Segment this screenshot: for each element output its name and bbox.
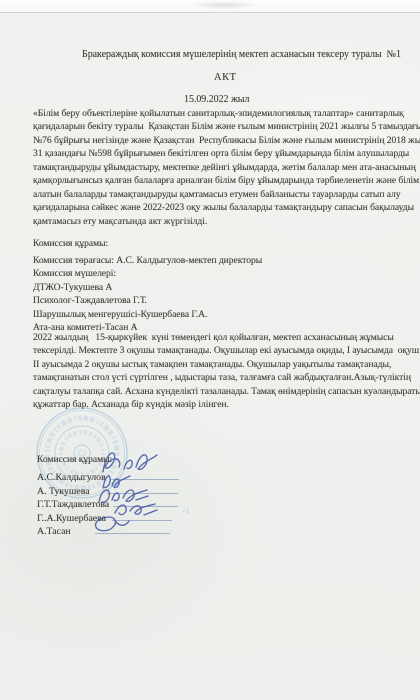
inspection-line: тексерілді. Мектепте 3 оқушы тамақтанады… (33, 344, 420, 357)
intro-line: қамқорлығынсыз қалған балаларға арналған… (33, 174, 420, 187)
signature-ink-5 (88, 513, 132, 535)
intro-paragraph: «Білім беру объектілеріне қойылатын сани… (33, 107, 420, 228)
intro-line: қамтамасыз ету мақсатында акт жүргізілді… (33, 215, 420, 228)
intro-line: қағидаларына сәйкес және 2022-2023 оқу ж… (33, 201, 420, 214)
commission-member-list: Комиссия төрағасы: А.С. Калдыгулов-мекте… (33, 254, 262, 335)
intro-line: «Білім беру объектілеріне қойылатын сани… (33, 107, 420, 120)
inspection-line: 2022 жылдың 15-қыркүйек күні төмендегі қ… (33, 331, 420, 344)
signer-name: А.Тасан (37, 526, 71, 537)
intro-line: алатын балаларды тамақтандыруды қамтамас… (33, 188, 420, 201)
scanned-document-page: Бракераждық комиссия мүшелерінің мектеп … (0, 0, 420, 700)
inspection-line: сақталуы талапқа сай. Асхана күнделікті … (33, 385, 420, 398)
scan-edge-band (0, 0, 420, 13)
signature-row: А. Тукушева (37, 481, 90, 495)
scan-speck: , ¡ (183, 506, 193, 514)
inspection-line: ІІ ауысымда 2 оқушы ыстық тамақпен тамақ… (33, 358, 420, 371)
signature-row: А.Тасан (37, 521, 71, 535)
intro-line: 31 қазандағы №598 бұйрығымен бекітілген … (33, 147, 420, 160)
commission-section-header: Комиссия құрамы: (33, 238, 108, 249)
inspection-line: тамақтанатын стол үсті сүртілген , ыдыст… (33, 371, 420, 384)
intro-line: тамақтандыруды ұйымдастыру, мектепке дей… (33, 161, 420, 174)
commission-line: ДТЖО-Тукушева А (33, 281, 262, 294)
intro-line: қағидаларын бекіту туралы Қазақстан Білі… (33, 120, 420, 133)
document-title: Бракераждық комиссия мүшелерінің мектеп … (82, 49, 401, 60)
inspection-paragraph: 2022 жылдың 15-қыркүйек күні төмендегі қ… (33, 331, 420, 412)
commission-line: Шарушылық менгерушісі-Кушербаева Г.А. (33, 308, 262, 321)
commission-line: Комиссия төрағасы: А.С. Калдыгулов-мекте… (33, 254, 262, 267)
intro-line: №76 бұйрығы негізінде және Қазақстан Рес… (33, 134, 420, 147)
scan-smudge (190, 1, 260, 9)
document-date: 15.09.2022 жыл (184, 94, 249, 105)
act-heading: АКТ (214, 72, 237, 83)
commission-line: Комиссия мүшелері: (33, 267, 262, 280)
commission-line: Психолог-Таждавлетова Г.Т. (33, 294, 262, 307)
